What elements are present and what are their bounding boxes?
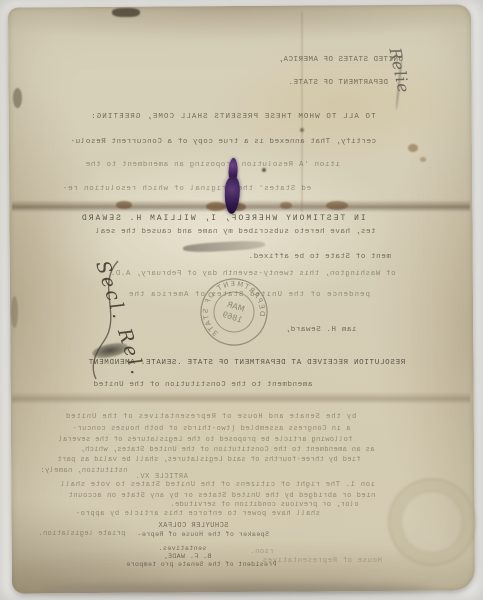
- typed-line: olor, or previous condition of servitude…: [170, 501, 359, 509]
- stain: [420, 157, 426, 162]
- typed-line: following article be proposed to the Leg…: [58, 436, 352, 444]
- typed-line: ed States' the original of which resolut…: [62, 185, 311, 193]
- typed-line: as an amendment to the Constitution of t…: [80, 446, 374, 454]
- vertical-crease: [301, 12, 303, 212]
- typed-line: DEPARTMENT OF STATE.: [288, 79, 388, 87]
- fold-crease-lower: [12, 392, 470, 404]
- typed-line: TO ALL TO WHOM THESE PRESENTS SHALL COME…: [90, 113, 376, 121]
- typed-line: Speaker of the House of Repre-: [137, 531, 269, 538]
- ink-dot: [300, 128, 304, 132]
- typed-line: President of the Senate pro tempore: [126, 561, 277, 568]
- typed-line: ion 1. The right of citizens of the Unit…: [60, 481, 375, 489]
- stain: [116, 201, 132, 209]
- stain: [326, 201, 348, 210]
- typed-line: certify, That annexed is a true copy of …: [70, 138, 376, 146]
- typed-line: nstitution, namely:: [40, 467, 127, 475]
- typed-line: B. F. WADE,: [163, 553, 211, 560]
- photo-frame: DEPARTMENT OF STATE MAR 1869 UNITED STAT…: [0, 0, 483, 600]
- wax-seal-mark: [224, 158, 246, 219]
- typed-line: shall have power to enforce this article…: [75, 510, 320, 518]
- stain: [206, 202, 226, 211]
- typed-line: iam H. Seward,: [285, 326, 356, 334]
- wax-seal-lower: [224, 176, 240, 215]
- typed-line: priate legislation.: [38, 530, 125, 538]
- typed-line: tes, have hereto subscribed my name and …: [95, 228, 376, 236]
- typed-line: ment of State to be affixed.: [248, 253, 391, 261]
- stain: [408, 144, 418, 152]
- edge-mark: [13, 88, 22, 108]
- edge-mark: [11, 296, 18, 328]
- typed-line: ition 'A Resolution proposing an amendme…: [85, 161, 340, 169]
- typed-line: pendence of the United States of America…: [128, 291, 370, 299]
- stain: [280, 202, 292, 209]
- edge-tear: [112, 8, 140, 17]
- typed-line: SCHUYLER COLFAX: [158, 522, 229, 530]
- embossed-seal: [388, 478, 476, 566]
- typed-line: UNITED STATES OF AMERICA,: [278, 56, 403, 64]
- typed-line: rson.: [250, 548, 274, 556]
- ink-flourish: [78, 255, 138, 385]
- typed-line: sentatives.: [158, 545, 206, 552]
- paper-edge-shadow: [40, 584, 432, 593]
- typed-line: fied by three-fourths of said Legislatur…: [57, 456, 361, 464]
- typed-line: House of Representatives: [262, 557, 382, 565]
- typed-line: by the Senate and House of Representativ…: [65, 413, 356, 421]
- typed-line: IN TESTIMONY WHEREOF, I, WILLIAM H. SEWA…: [80, 214, 366, 223]
- typed-line: ARTICLE XV.: [135, 473, 188, 481]
- typed-line: of Washington, this twenty-seventh day o…: [110, 270, 396, 278]
- typed-line: a in Congress assembled (two-thirds of b…: [72, 425, 350, 433]
- typed-line: nied or abridged by the United States or…: [68, 492, 375, 500]
